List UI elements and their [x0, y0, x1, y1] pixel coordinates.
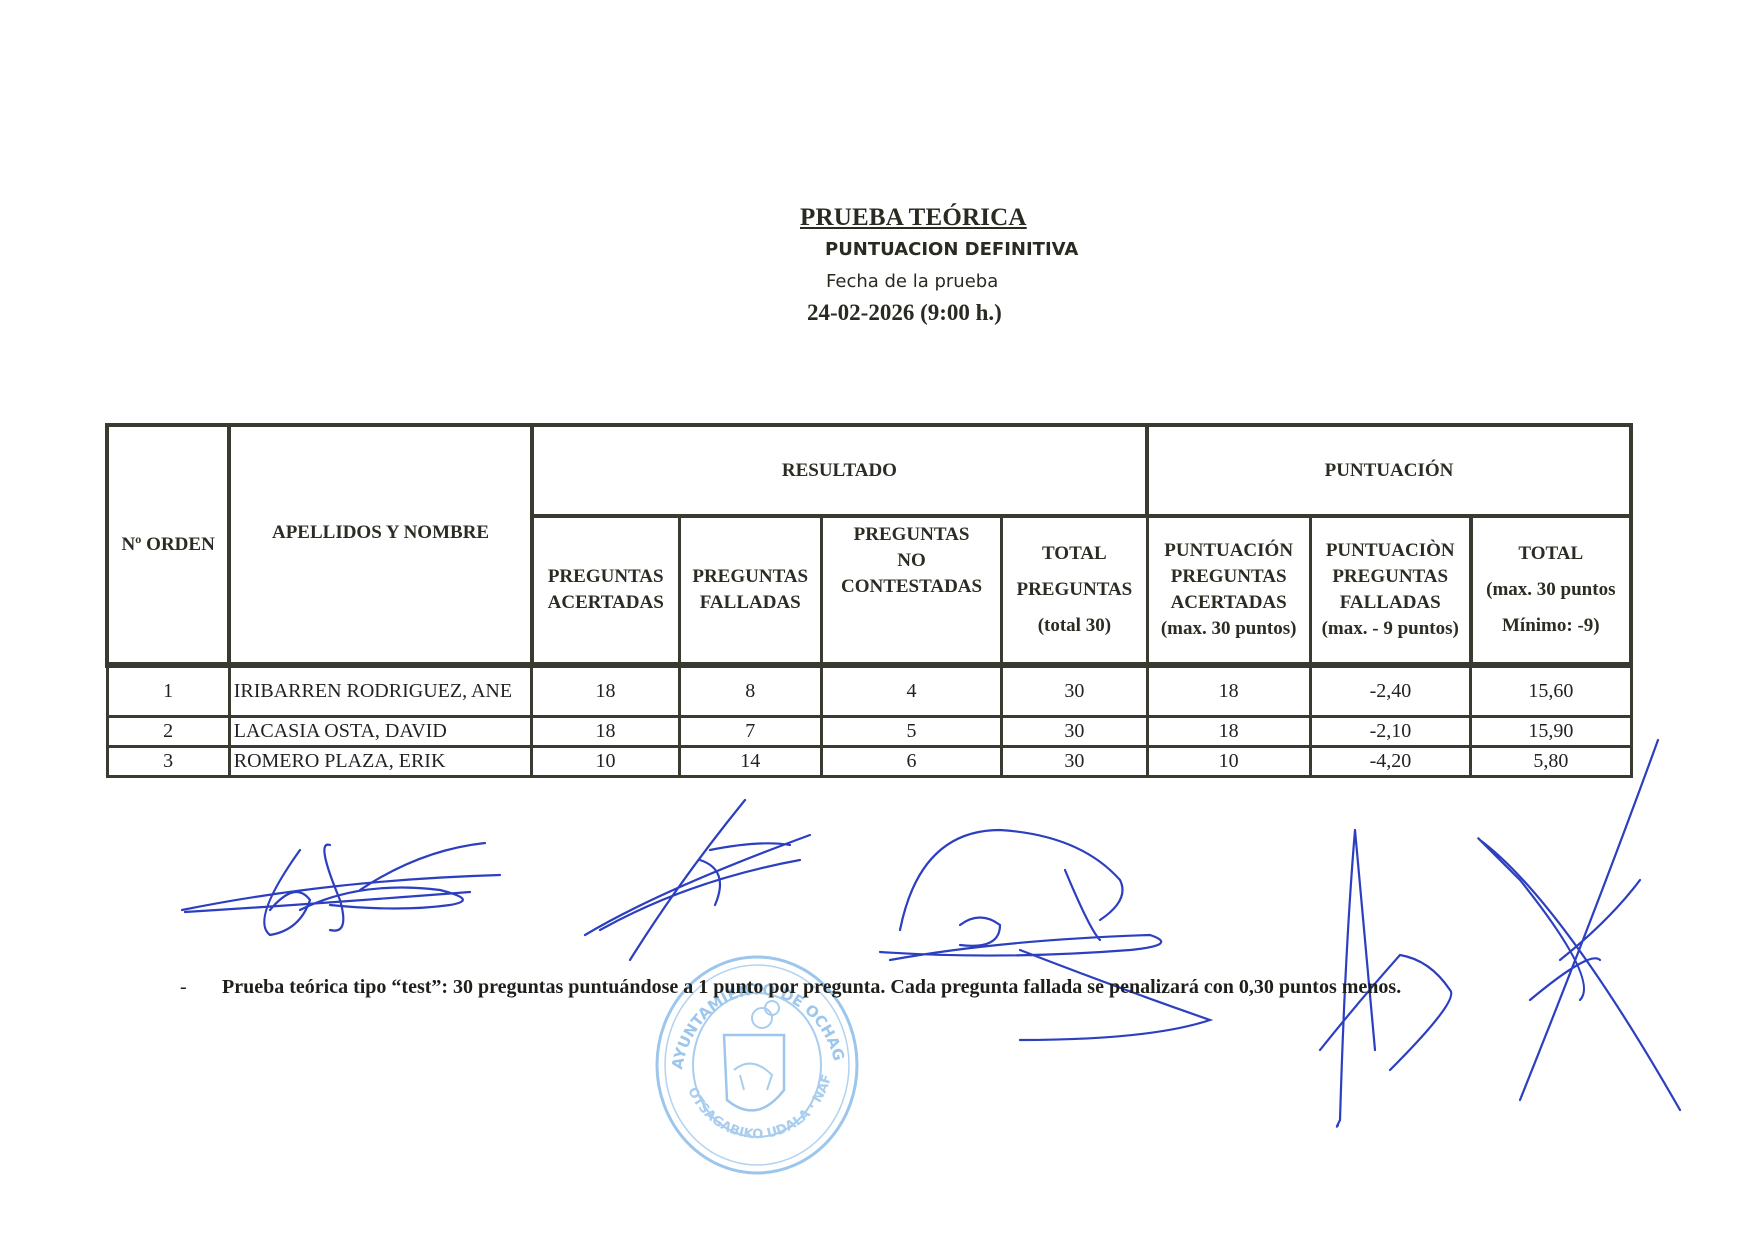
- signature-5-icon: [1478, 740, 1680, 1110]
- cell-falladas: 7: [679, 717, 821, 747]
- signature-1-icon: [182, 843, 500, 935]
- cell-total: 15,60: [1471, 665, 1631, 717]
- footnote-bullet: -: [180, 976, 222, 999]
- cell-total-preguntas: 30: [1002, 717, 1147, 747]
- cell-punt-falladas: -2,40: [1310, 665, 1470, 717]
- table-row: 3 ROMERO PLAZA, ERIK 10 14 6 30 10 -4,20…: [107, 747, 1631, 777]
- header-preguntas-acertadas: PREGUNTASACERTADAS: [532, 516, 679, 665]
- header-orden: Nº ORDEN: [107, 425, 229, 665]
- cell-no-contestadas: 5: [821, 717, 1001, 747]
- svg-text:AYUNTAMIENTO DE OCHAGAVIA · Na: AYUNTAMIENTO DE OCHAGAVIA · Navarra: [652, 950, 848, 1071]
- header-puntuacion-falladas: PUNTUACIÒNPREGUNTASFALLADAS(max. - 9 pun…: [1310, 516, 1470, 665]
- cell-acertadas: 18: [532, 665, 679, 717]
- cell-falladas: 8: [679, 665, 821, 717]
- cell-acertadas: 10: [532, 747, 679, 777]
- cell-orden: 1: [107, 665, 229, 717]
- cell-nombre: IRIBARREN RODRIGUEZ, ANE: [229, 665, 532, 717]
- cell-total: 15,90: [1471, 717, 1631, 747]
- document-title: PRUEBA TEÓRICA: [800, 204, 1027, 232]
- cell-punt-falladas: -2,10: [1310, 717, 1470, 747]
- table-row: 2 LACASIA OSTA, DAVID 18 7 5 30 18 -2,10…: [107, 717, 1631, 747]
- header-total-puntuacion: TOTAL(max. 30 puntosMínimo: -9): [1471, 516, 1631, 665]
- cell-total-preguntas: 30: [1002, 747, 1147, 777]
- cell-punt-acertadas: 18: [1147, 665, 1310, 717]
- cell-nombre: LACASIA OSTA, DAVID: [229, 717, 532, 747]
- header-nombre: APELLIDOS Y NOMBRE: [229, 425, 532, 665]
- cell-orden: 3: [107, 747, 229, 777]
- header-total-preguntas: TOTALPREGUNTAS(total 30): [1002, 516, 1147, 665]
- cell-punt-acertadas: 18: [1147, 717, 1310, 747]
- header-group-resultado: RESULTADO: [532, 425, 1147, 516]
- date-value: 24-02-2026 (9:00 h.): [807, 300, 1002, 326]
- cell-acertadas: 18: [532, 717, 679, 747]
- cell-falladas: 14: [679, 747, 821, 777]
- cell-total: 5,80: [1471, 747, 1631, 777]
- cell-punt-acertadas: 10: [1147, 747, 1310, 777]
- cell-nombre: ROMERO PLAZA, ERIK: [229, 747, 532, 777]
- table-row: 1 IRIBARREN RODRIGUEZ, ANE 18 8 4 30 18 …: [107, 665, 1631, 717]
- cell-no-contestadas: 4: [821, 665, 1001, 717]
- signature-2-icon: [585, 800, 810, 960]
- header-group-puntuacion: PUNTUACIÓN: [1147, 425, 1631, 516]
- footnote: -Prueba teórica tipo “test”: 30 pregunta…: [180, 976, 1401, 999]
- cell-punt-falladas: -4,20: [1310, 747, 1470, 777]
- footnote-text: Prueba teórica tipo “test”: 30 preguntas…: [222, 976, 1401, 998]
- cell-total-preguntas: 30: [1002, 665, 1147, 717]
- header-puntuacion-acertadas: PUNTUACIÓNPREGUNTASACERTADAS(max. 30 pun…: [1147, 516, 1310, 665]
- results-table: Nº ORDEN APELLIDOS Y NOMBRE RESULTADO PU…: [105, 423, 1633, 778]
- cell-orden: 2: [107, 717, 229, 747]
- signature-3-icon: [880, 830, 1210, 1040]
- header-preguntas-no-contestadas: PREGUNTASNOCONTESTADAS: [821, 516, 1001, 665]
- cell-no-contestadas: 6: [821, 747, 1001, 777]
- document-subtitle: PUNTUACION DEFINITIVA: [825, 239, 1078, 260]
- date-label: Fecha de la prueba: [826, 271, 998, 292]
- header-preguntas-falladas: PREGUNTASFALLADAS: [679, 516, 821, 665]
